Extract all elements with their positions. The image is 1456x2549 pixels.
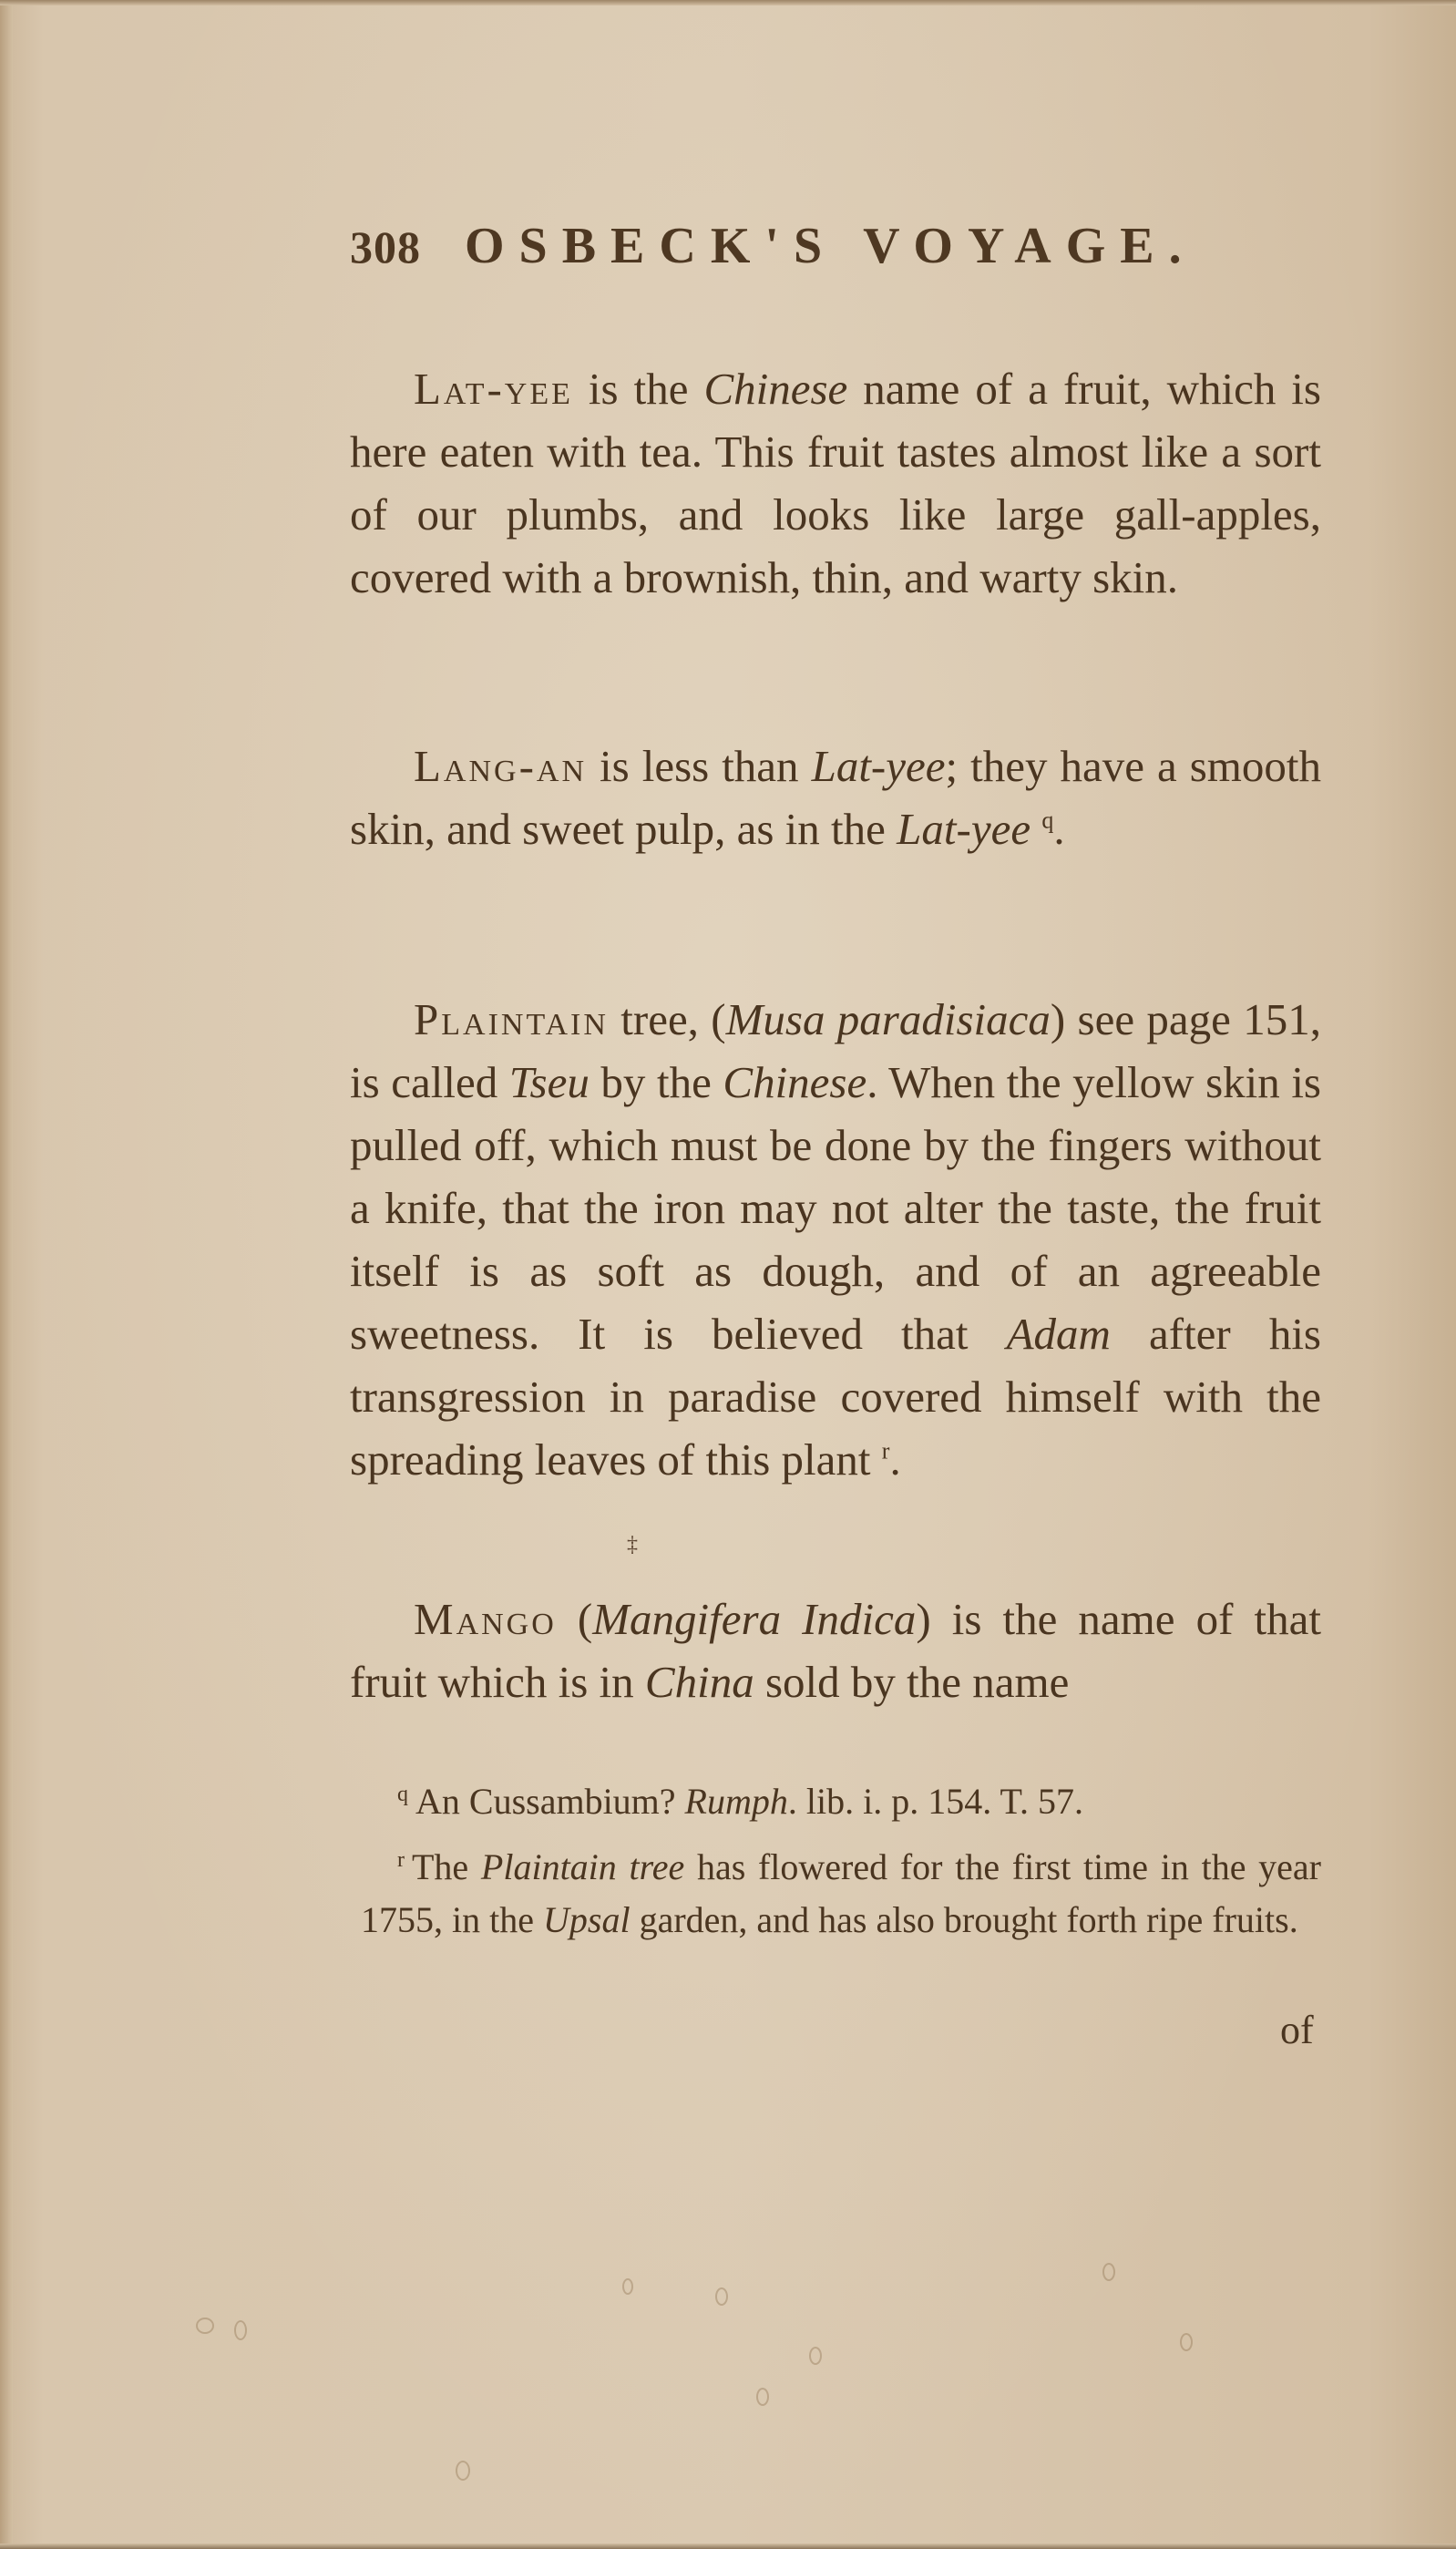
stain-mark [756, 2388, 769, 2406]
text-run: . lib. i. p. 154. T. 57. [788, 1781, 1083, 1822]
paragraph-lang-an: Lang-an is less than Lat-yee; they have … [350, 735, 1321, 860]
italic-run: Lat-yee [897, 804, 1030, 854]
text-run: An Cussambium? [415, 1781, 685, 1822]
page-left-edge [0, 0, 13, 2549]
italic-run: Rumph [685, 1781, 788, 1822]
entry-lead: Lang-an [414, 741, 587, 791]
stain-mark [622, 2278, 633, 2295]
text-run: is the [573, 364, 704, 414]
stain-mark [1180, 2333, 1193, 2351]
running-header: 308 OSBECK'S VOYAGE. [350, 217, 1316, 281]
stain-mark [196, 2318, 214, 2334]
italic-run: Musa paradisiaca [726, 994, 1051, 1044]
footnote-q: qAn Cussambium? Rumph. lib. i. p. 154. T… [361, 1775, 1321, 1828]
ink-mark: ‡ [627, 1533, 638, 1557]
italic-run: China [645, 1657, 754, 1707]
entry-lead: Plaintain [414, 994, 609, 1044]
text-run: . [1053, 804, 1064, 854]
catchword: of [1280, 2007, 1314, 2053]
italic-run: Adam [1007, 1309, 1111, 1359]
italic-run: Plaintain tree [481, 1846, 684, 1887]
footnote-mark: q [397, 1783, 408, 1806]
entry-lead: Lat-yee [414, 364, 573, 414]
paragraph-plaintain: Plaintain tree, (Musa paradisiaca) see p… [350, 988, 1321, 1491]
text-run: garden, and has also brought forth ripe … [631, 1899, 1298, 1940]
entry-lead: Mango [414, 1594, 557, 1644]
text-run: sold by the name [754, 1657, 1070, 1707]
paragraph-lat-yee: Lat-yee is the Chinese name of a fruit, … [350, 357, 1321, 609]
text-run: tree, ( [609, 994, 726, 1044]
text-run: is less than [587, 741, 812, 791]
page-number: 308 [350, 221, 421, 273]
text-run: The [412, 1846, 481, 1887]
text-run: . [889, 1434, 900, 1485]
footnotes: qAn Cussambium? Rumph. lib. i. p. 154. T… [361, 1775, 1321, 1959]
stain-mark [456, 2461, 470, 2481]
text-run: by the [590, 1057, 723, 1107]
stain-mark [234, 2320, 247, 2340]
stain-mark [1102, 2263, 1115, 2281]
book-page: 308 OSBECK'S VOYAGE. Lat-yee is the Chin… [0, 0, 1456, 2549]
italic-run: Mangifera Indica [592, 1594, 916, 1644]
running-title: OSBECK'S VOYAGE. [465, 217, 1196, 275]
paragraph-mango: Mango (Mangifera Indica) is the name of … [350, 1588, 1321, 1713]
footnote-ref-q[interactable]: q [1041, 807, 1053, 834]
text-run: ( [557, 1594, 592, 1644]
italic-run: Tseu [509, 1057, 590, 1107]
stain-mark [715, 2287, 728, 2306]
page-top-edge [0, 0, 1456, 5]
page-bottom-edge [0, 2544, 1456, 2549]
italic-run: Upsal [543, 1899, 631, 1940]
footnote-r: rThe Plaintain tree has flowered for the… [361, 1841, 1321, 1947]
stain-mark [809, 2347, 822, 2365]
footnote-mark: r [397, 1848, 405, 1872]
italic-run: Lat-yee [812, 741, 946, 791]
italic-run: Chinese [723, 1057, 866, 1107]
italic-run: Chinese [703, 364, 847, 414]
